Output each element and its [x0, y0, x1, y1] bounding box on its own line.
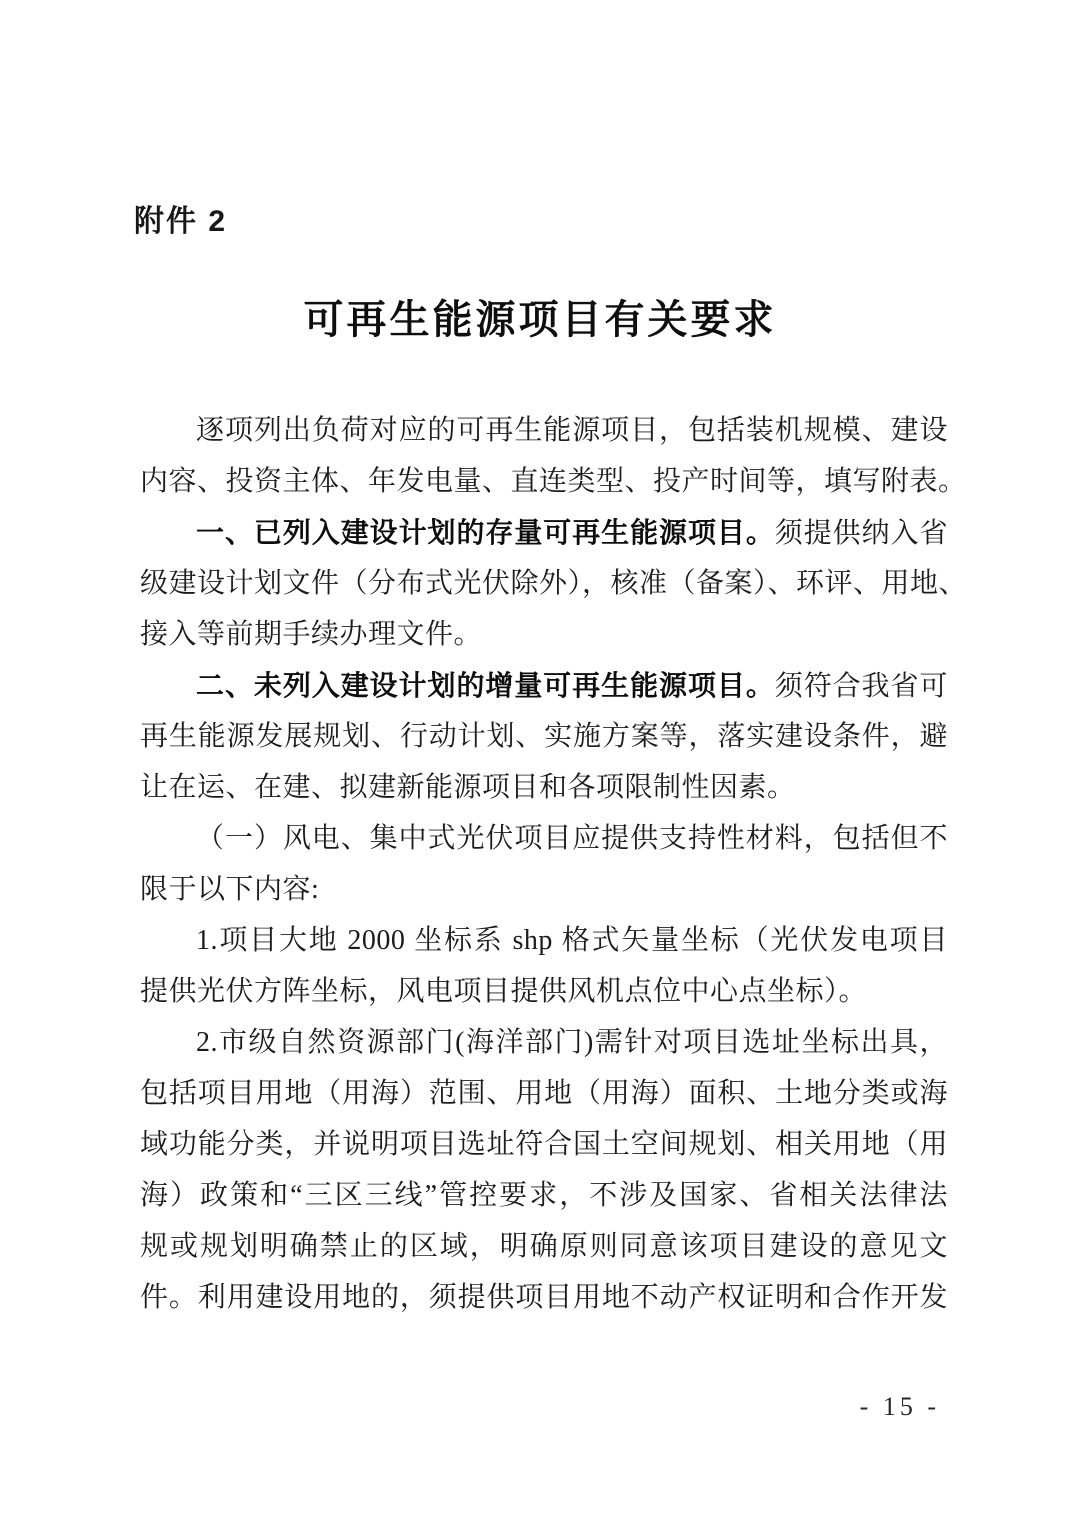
body-text: 须提供纳入省	[775, 518, 948, 549]
text-line: 2.市级自然资源部门(海洋部门)需针对项目选址坐标出具，	[140, 1017, 948, 1068]
body-text: （一）风电、集中式光伏项目应提供支持性材料，包括但不	[196, 823, 948, 854]
text-line: 接入等前期手续办理文件。	[140, 609, 948, 660]
paragraph-4: （一）风电、集中式光伏项目应提供支持性材料，包括但不限于以下内容:	[140, 813, 948, 915]
body-text: 让在运、在建、拟建新能源项目和各项限制性因素。	[140, 772, 796, 803]
attachment-label: 附件 2	[134, 196, 227, 240]
text-line: 二、未列入建设计划的增量可再生能源项目。须符合我省可	[140, 660, 948, 711]
text-line: 提供光伏方阵坐标，风电项目提供风机点位中心点坐标）。	[140, 966, 948, 1017]
text-line: 逐项列出负荷对应的可再生能源项目，包括装机规模、建设	[140, 405, 948, 456]
document-body: 逐项列出负荷对应的可再生能源项目，包括装机规模、建设内容、投资主体、年发电量、直…	[140, 405, 948, 1323]
body-text: 规或规划明确禁止的区域，明确原则同意该项目建设的意见文	[140, 1231, 948, 1262]
body-text: 1.项目大地 2000 坐标系 shp 格式矢量坐标（光伏发电项目	[196, 925, 948, 956]
paragraph-1: 逐项列出负荷对应的可再生能源项目，包括装机规模、建设内容、投资主体、年发电量、直…	[140, 405, 948, 507]
body-text: 再生能源发展规划、行动计划、实施方案等，落实建设条件，避	[140, 721, 948, 752]
text-line: 内容、投资主体、年发电量、直连类型、投产时间等，填写附表。	[140, 456, 948, 507]
text-line: 规或规划明确禁止的区域，明确原则同意该项目建设的意见文	[140, 1221, 948, 1272]
body-text: 限于以下内容:	[140, 874, 319, 905]
text-line: 域功能分类，并说明项目选址符合国土空间规划、相关用地（用	[140, 1119, 948, 1170]
section-heading-text: 二、未列入建设计划的增量可再生能源项目。	[196, 670, 775, 701]
text-line: 海）政策和“三区三线”管控要求，不涉及国家、省相关法律法	[140, 1170, 948, 1221]
text-line: 件。利用建设用地的，须提供项目用地不动产权证明和合作开发	[140, 1272, 948, 1323]
body-text: 海）政策和“三区三线”管控要求，不涉及国家、省相关法律法	[140, 1180, 948, 1211]
paragraph-5: 1.项目大地 2000 坐标系 shp 格式矢量坐标（光伏发电项目提供光伏方阵坐…	[140, 915, 948, 1017]
text-line: 让在运、在建、拟建新能源项目和各项限制性因素。	[140, 762, 948, 813]
text-line: 再生能源发展规划、行动计划、实施方案等，落实建设条件，避	[140, 711, 948, 762]
body-text: 内容、投资主体、年发电量、直连类型、投产时间等，填写附表。	[140, 466, 967, 497]
text-line: 级建设计划文件（分布式光伏除外），核准（备案）、环评、用地、	[140, 558, 948, 609]
body-text: 域功能分类，并说明项目选址符合国土空间规划、相关用地（用	[140, 1129, 948, 1160]
section-heading-text: 一、已列入建设计划的存量可再生能源项目。	[196, 517, 775, 548]
paragraph-6: 2.市级自然资源部门(海洋部门)需针对项目选址坐标出具，包括项目用地（用海）范围…	[140, 1017, 948, 1323]
page-number: - 15 -	[860, 1392, 940, 1422]
text-line: 一、已列入建设计划的存量可再生能源项目。须提供纳入省	[140, 507, 948, 558]
paragraph-3: 二、未列入建设计划的增量可再生能源项目。须符合我省可再生能源发展规划、行动计划、…	[140, 660, 948, 813]
text-line: 包括项目用地（用海）范围、用地（用海）面积、土地分类或海	[140, 1068, 948, 1119]
body-text: 提供光伏方阵坐标，风电项目提供风机点位中心点坐标）。	[140, 976, 867, 1007]
paragraph-2: 一、已列入建设计划的存量可再生能源项目。须提供纳入省级建设计划文件（分布式光伏除…	[140, 507, 948, 660]
body-text: 包括项目用地（用海）范围、用地（用海）面积、土地分类或海	[140, 1078, 948, 1109]
text-line: （一）风电、集中式光伏项目应提供支持性材料，包括但不	[140, 813, 948, 864]
document-page: 附件 2 可再生能源项目有关要求 逐项列出负荷对应的可再生能源项目，包括装机规模…	[0, 0, 1080, 1528]
body-text: 2.市级自然资源部门(海洋部门)需针对项目选址坐标出具，	[196, 1027, 948, 1058]
text-line: 1.项目大地 2000 坐标系 shp 格式矢量坐标（光伏发电项目	[140, 915, 948, 966]
body-text: 件。利用建设用地的，须提供项目用地不动产权证明和合作开发	[140, 1282, 948, 1313]
text-line: 限于以下内容:	[140, 864, 948, 915]
page-title: 可再生能源项目有关要求	[0, 296, 1080, 344]
body-text: 接入等前期手续办理文件。	[140, 619, 482, 650]
body-text: 逐项列出负荷对应的可再生能源项目，包括装机规模、建设	[196, 415, 948, 446]
body-text: 须符合我省可	[775, 671, 948, 702]
body-text: 级建设计划文件（分布式光伏除外），核准（备案）、环评、用地、	[140, 568, 967, 599]
